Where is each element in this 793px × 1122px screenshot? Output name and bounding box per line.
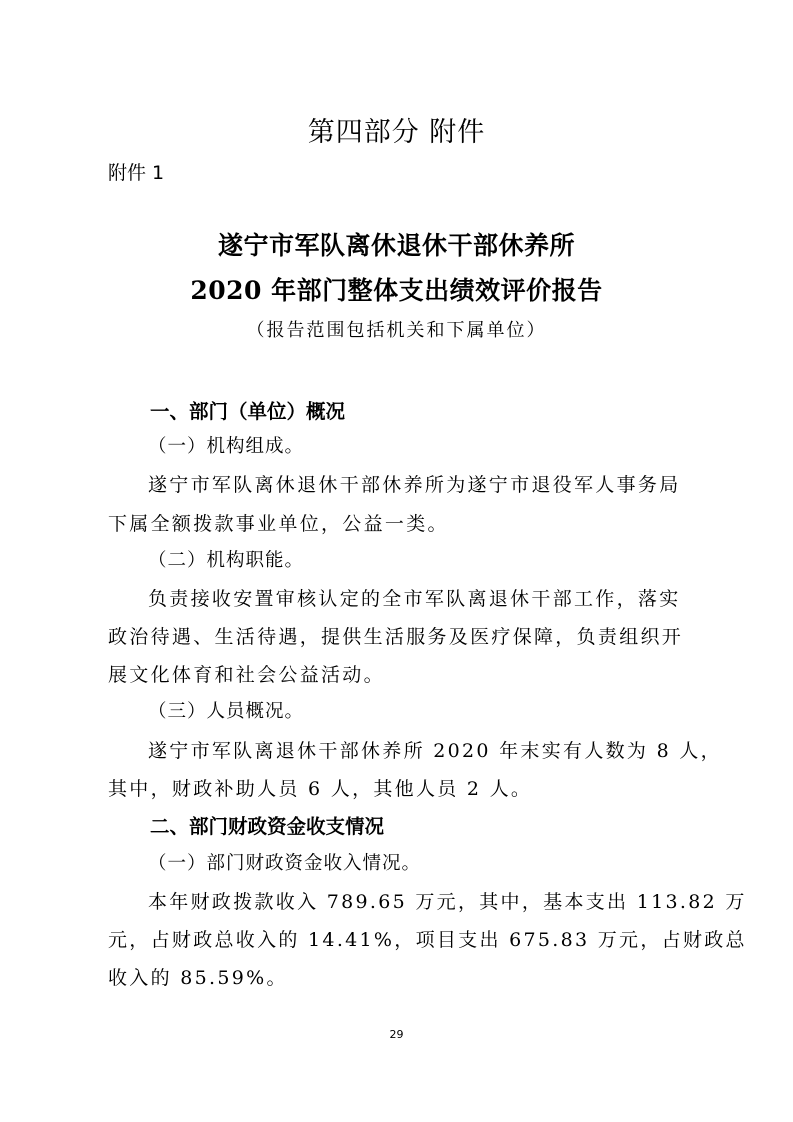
report-title-line-1: 遂宁市军队离休退休干部休养所: [0, 226, 793, 262]
page-number: 29: [0, 1028, 793, 1041]
paragraph-line: 负责接收安置审核认定的全市军队离退休干部工作，落实: [148, 584, 681, 611]
paragraph-line: 元，占财政总收入的 14.41%，项目支出 675.83 万元，占财政总: [108, 925, 747, 952]
paragraph-line: 下属全额拨款事业单位，公益一类。: [108, 509, 449, 536]
part-title: 第四部分 附件: [0, 110, 793, 149]
section-heading-finance: 二、部门财政资金收支情况: [150, 811, 384, 839]
paragraph-line: 其中，财政补助人员 6 人，其他人员 2 人。: [108, 774, 532, 801]
attachment-label: 附件 1: [108, 158, 164, 185]
paragraph-line: 政治待遇、生活待遇，提供生活服务及医疗保障，负责组织开: [108, 622, 683, 649]
report-scope-note: （报告范围包括机关和下属单位）: [0, 316, 793, 342]
subheading-staff: （三）人员概况。: [148, 697, 304, 723]
paragraph-line: 收入的 85.59%。: [108, 963, 288, 990]
paragraph-line: 本年财政拨款收入 789.65 万元，其中，基本支出 113.82 万: [148, 887, 747, 914]
paragraph-line: 展文化体育和社会公益活动。: [108, 660, 385, 687]
paragraph-line: 遂宁市军队离退休干部休养所 2020 年末实有人数为 8 人，: [148, 736, 722, 763]
subheading-income: （一）部门财政资金收入情况。: [148, 849, 421, 875]
subheading-functions: （二）机构职能。: [148, 546, 304, 572]
paragraph-line: 遂宁市军队离休退休干部休养所为遂宁市退役军人事务局: [148, 470, 681, 497]
report-title-line-2: 2020 年部门整体支出绩效评价报告: [0, 271, 793, 307]
subheading-organization: （一）机构组成。: [148, 432, 304, 458]
section-heading-overview: 一、部门（单位）概况: [150, 396, 345, 424]
